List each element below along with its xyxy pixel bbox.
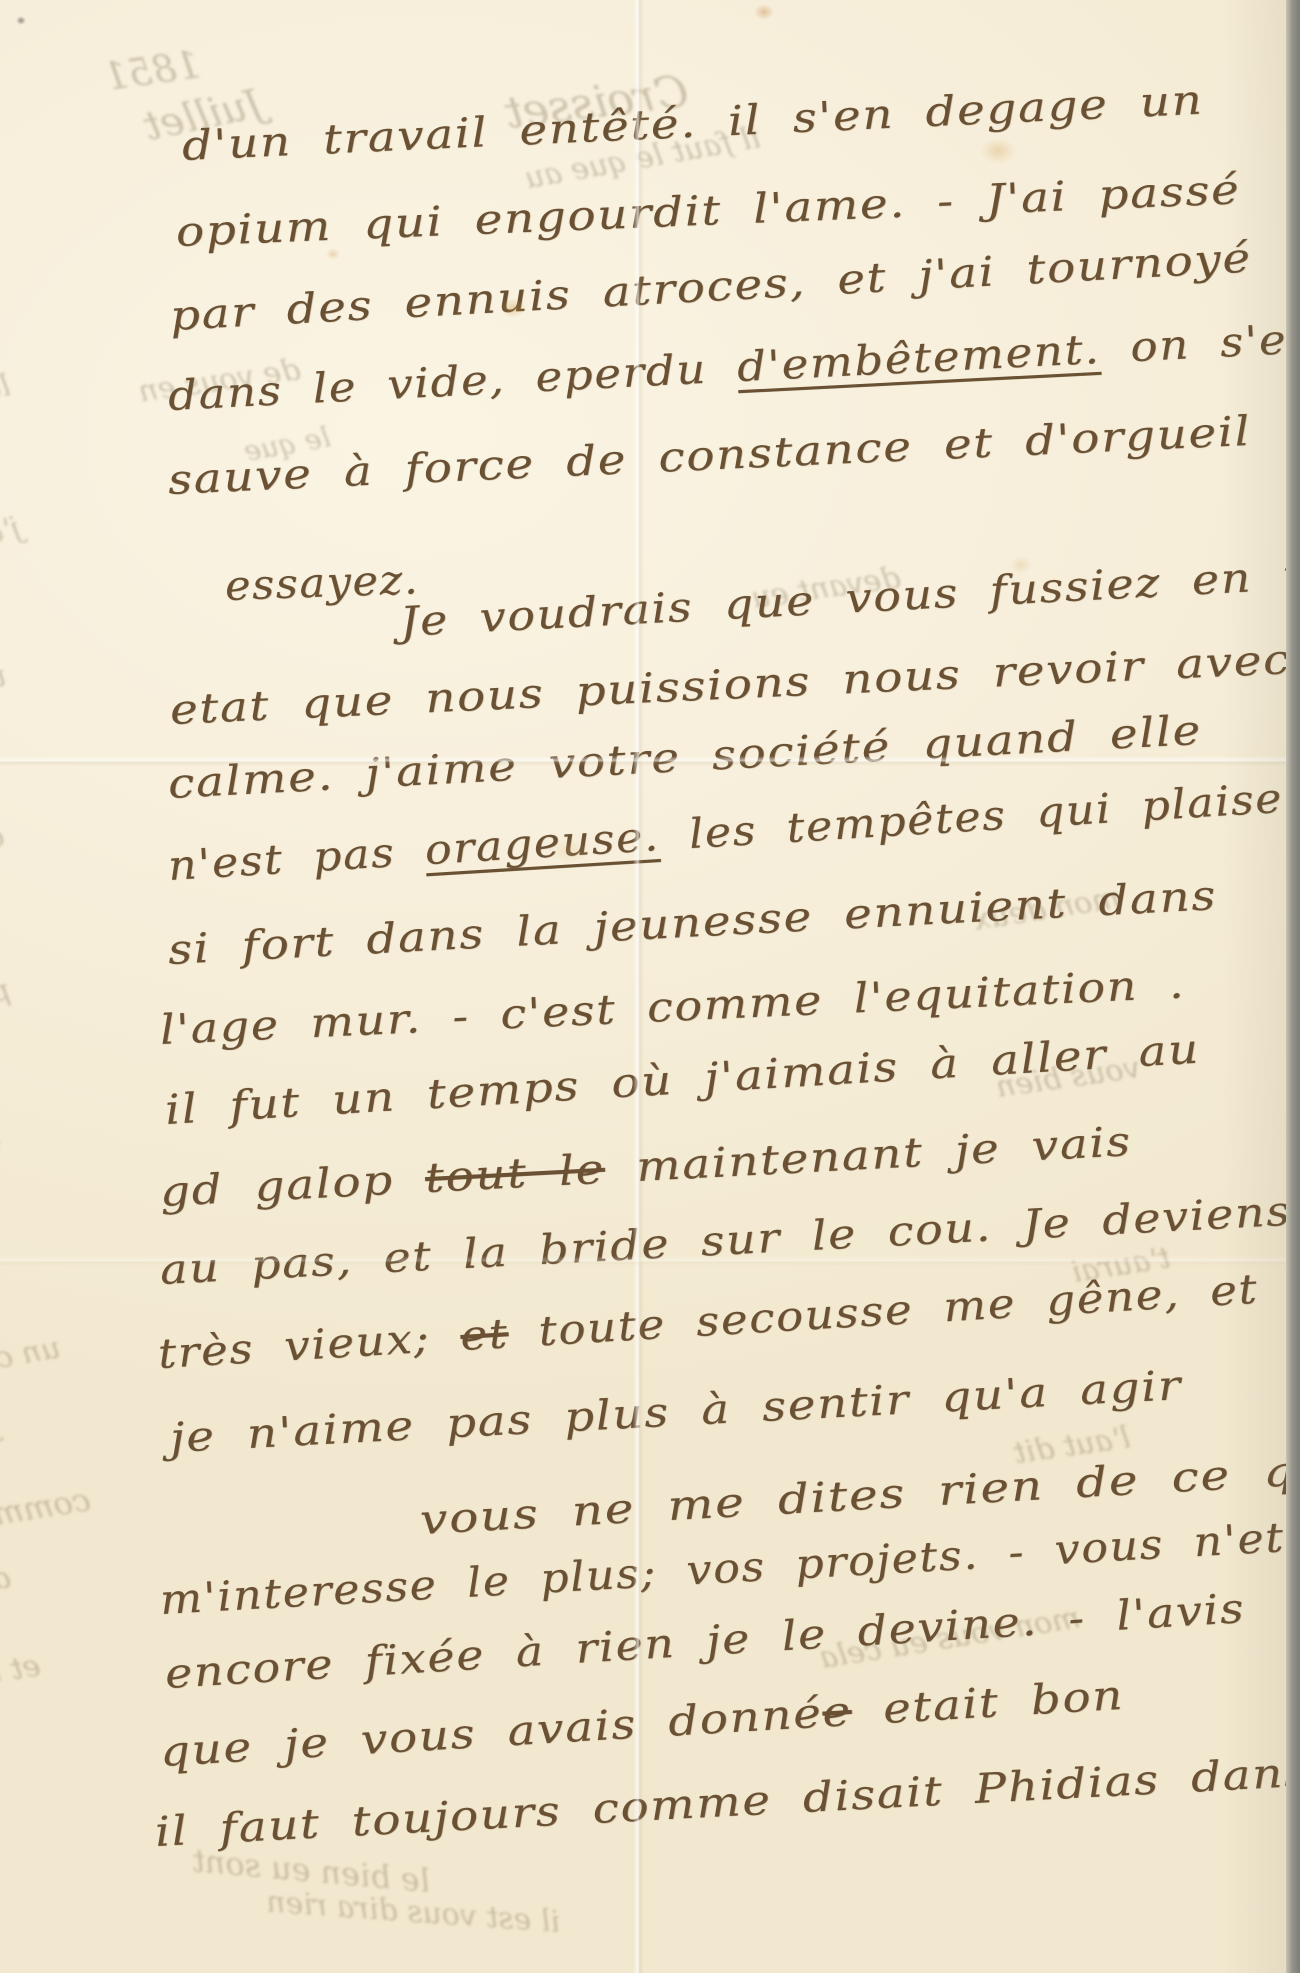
show-through-text: comme eu: [0, 1480, 93, 1544]
letter-page: 1851JuilletCroissetmon vousle jourque no…: [0, 0, 1300, 1973]
show-through-text: j'aurai: [0, 510, 23, 561]
manuscript-line: sauve à force de constance et d'orgueil: [167, 407, 1252, 504]
handwritten-text: maintenant je vais: [604, 1117, 1133, 1193]
struck-out-text: et: [459, 1309, 510, 1360]
underlined-text: orageuse.: [423, 812, 660, 874]
horizontal-fold-crease-2: [0, 1256, 1286, 1266]
ink-speck: [16, 16, 26, 25]
manuscript-line: d'un travail entêté. il s'en degage un: [181, 76, 1204, 170]
manuscript-line: gd galop tout le maintenant je vais: [159, 1117, 1133, 1216]
paper-stain: [980, 138, 1016, 164]
show-through-text: il est vous dira rien: [265, 1885, 561, 1940]
manuscript-line: si fort dans la jeunesse ennuient dans: [167, 871, 1218, 974]
manuscript-line: Je voudrais que vous fussiez en tel: [399, 548, 1300, 646]
paper-stain: [500, 298, 526, 318]
show-through-text: et tout le: [0, 1648, 43, 1704]
paper-stain: [754, 4, 774, 20]
horizontal-fold-crease: [0, 756, 1286, 766]
handwritten-text: essayez.: [224, 555, 420, 610]
scan-edge: [1286, 0, 1300, 1973]
paper-stain: [1010, 556, 1032, 574]
handwritten-text: n'est pas: [167, 826, 427, 890]
handwritten-text: sauve à force de constance et d'orgueil: [167, 407, 1252, 504]
show-through-text: le jour: [0, 368, 13, 418]
handwritten-text: etait bon: [850, 1671, 1125, 1735]
struck-out-text: tout le: [424, 1145, 606, 1202]
handwritten-text: Je voudrais que vous fussiez en tel: [399, 548, 1300, 646]
show-through-text: vous serez: [0, 1130, 4, 1187]
show-through-text: un cela: [0, 1330, 63, 1384]
struck-out-text: e: [821, 1687, 853, 1737]
paper-edge-shadow: [1222, 0, 1286, 1973]
underlined-text: d'embêtement.: [736, 325, 1101, 391]
handwritten-text: je n'aime pas plus à sentir qu'a agir: [169, 1361, 1183, 1462]
paper-stain: [548, 838, 590, 864]
show-through-text: pour bien: [0, 972, 13, 1029]
handwritten-text: d'un travail entêté. il s'en degage un: [181, 76, 1204, 170]
show-through-text: dans cela: [0, 1560, 12, 1615]
handwritten-text: gd galop: [159, 1154, 427, 1216]
show-through-text: ce moment: [0, 818, 6, 876]
show-through-text: un ennui: [0, 658, 9, 713]
manuscript-line: essayez.: [224, 555, 420, 610]
show-through-text: 1851: [101, 42, 203, 99]
handwritten-text: les tempêtes qui plaisent: [658, 771, 1300, 860]
vertical-fold-crease: [633, 0, 644, 1973]
paper-stain: [326, 248, 340, 260]
handwritten-text: si fort dans la jeunesse ennuient dans: [167, 871, 1218, 974]
handwritten-text: très vieux;: [157, 1312, 462, 1378]
handwritten-text: dans le vide, eperdu: [167, 343, 738, 420]
handwritten-text: que je vous avais donné: [159, 1689, 824, 1776]
manuscript-line: je n'aime pas plus à sentir qu'a agir: [169, 1361, 1183, 1462]
handwritten-text: toute secousse me gêne, et: [507, 1265, 1260, 1357]
